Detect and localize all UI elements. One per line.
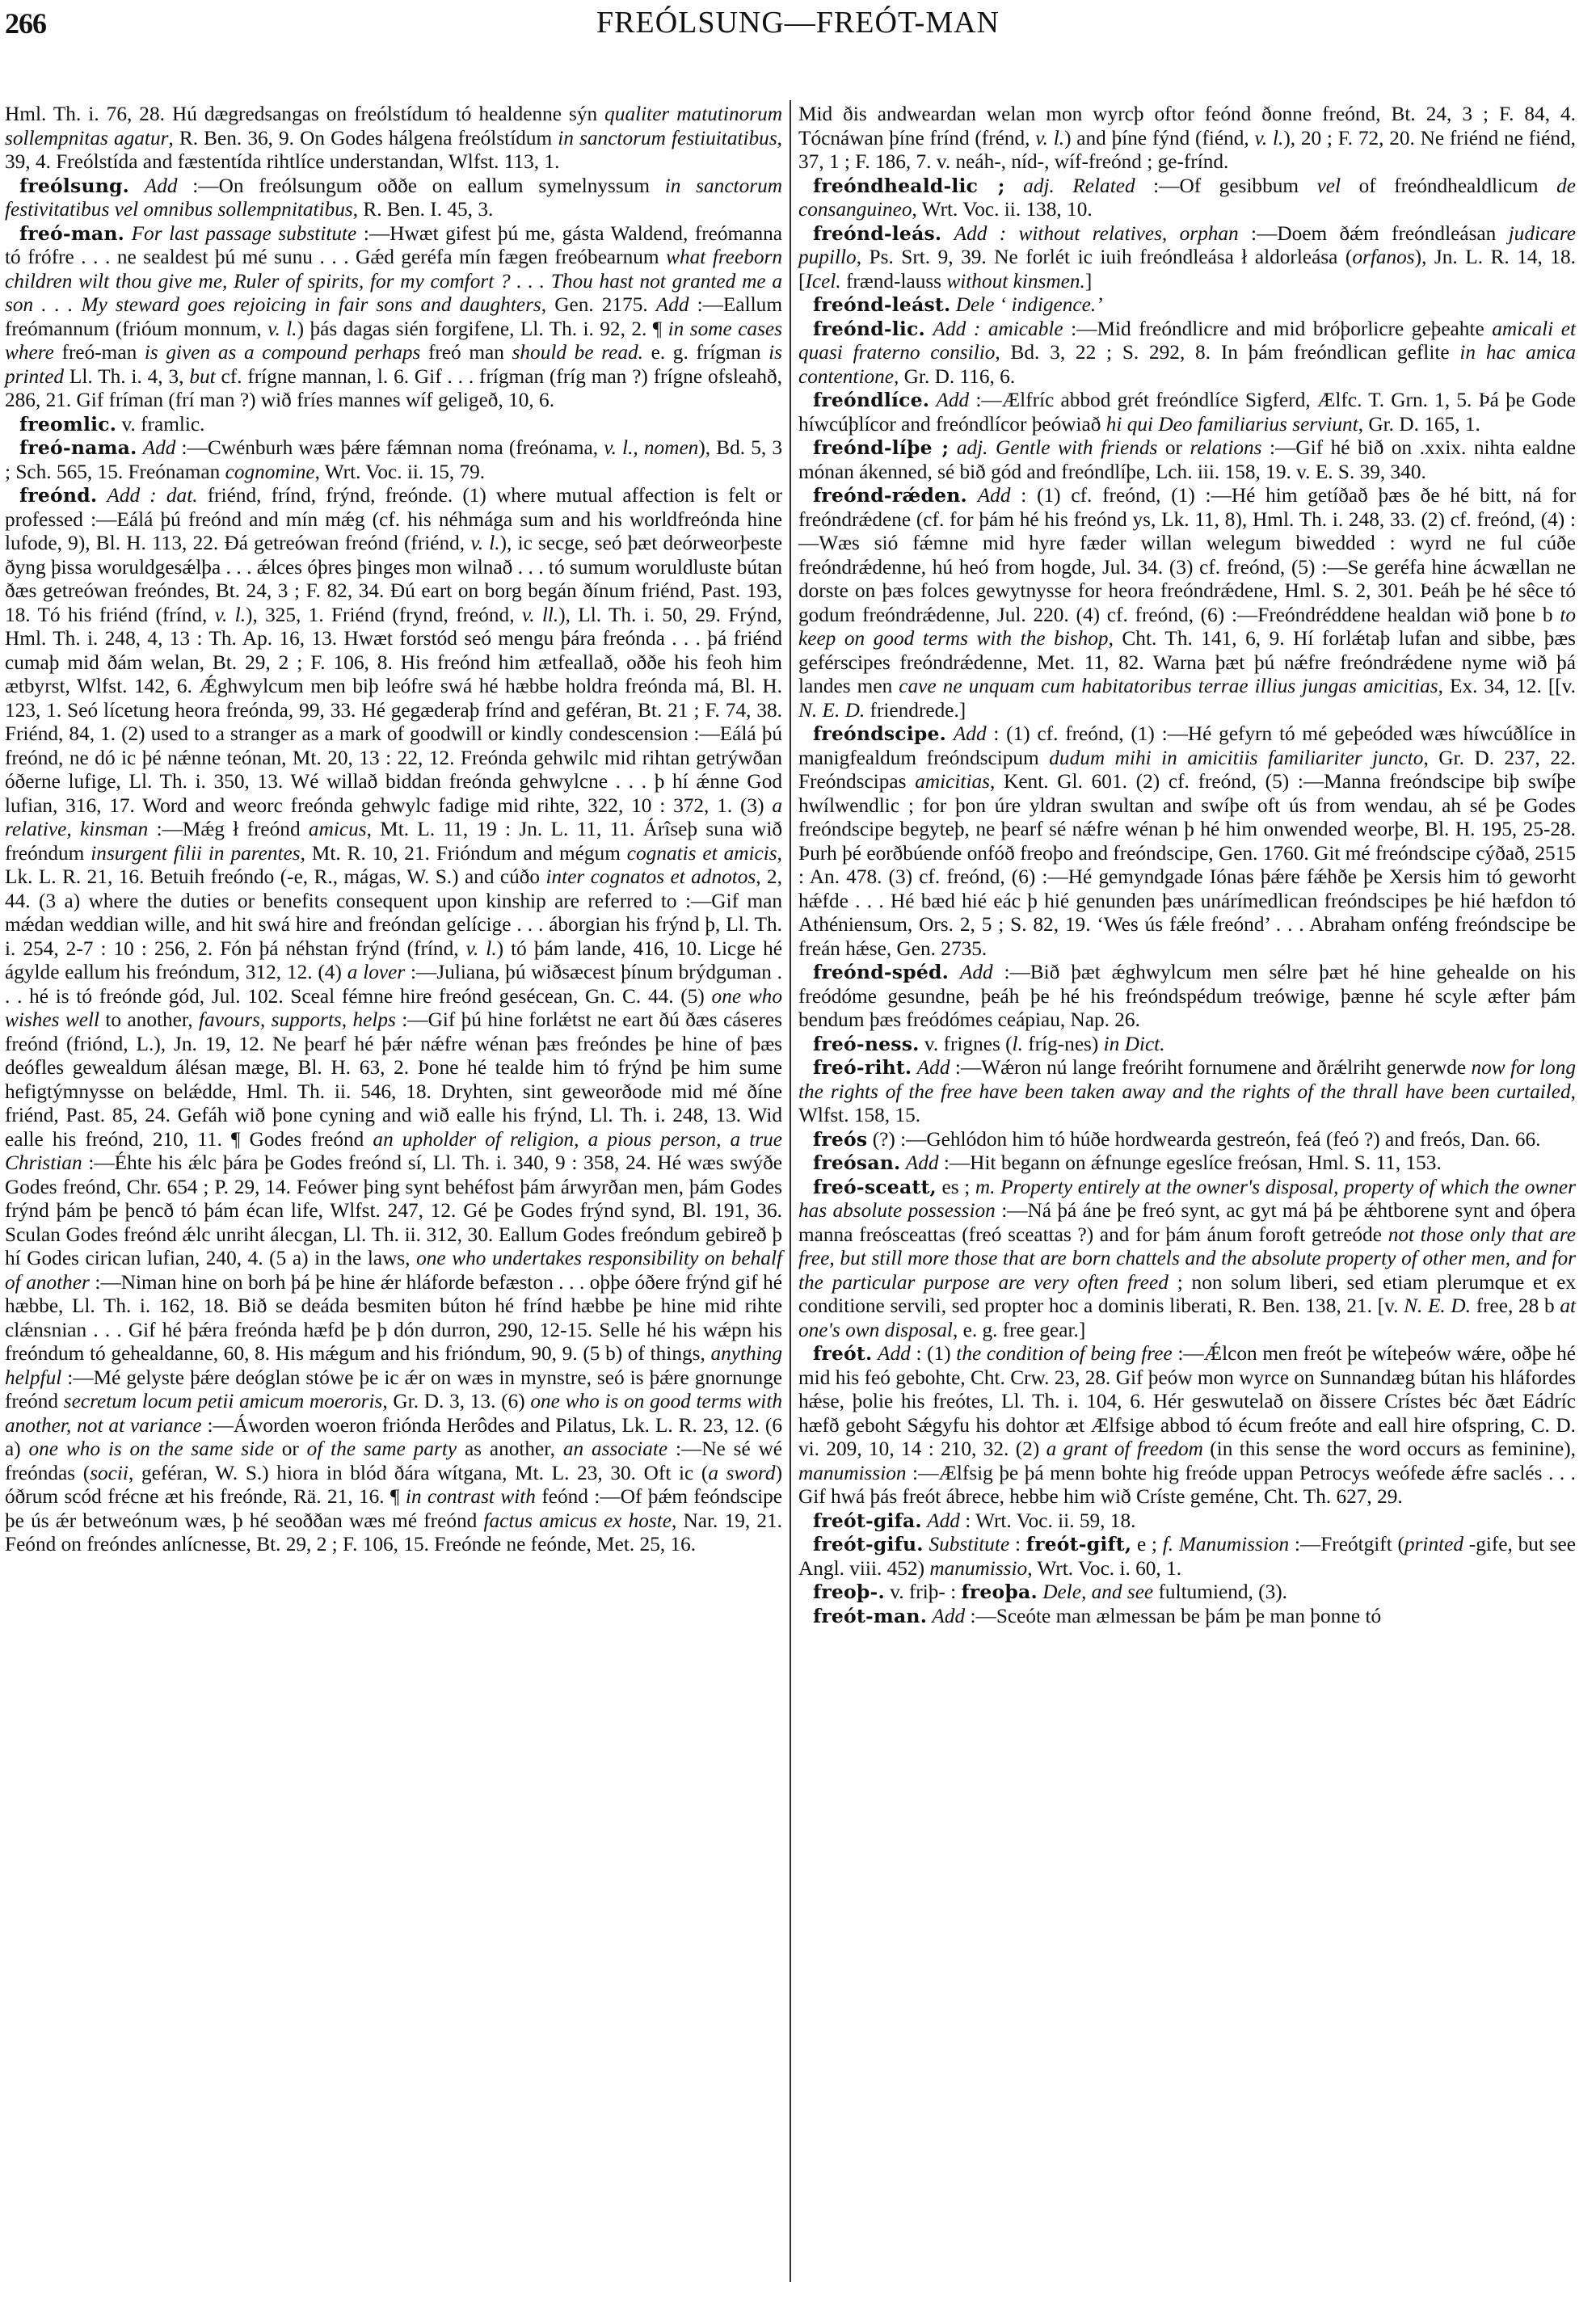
dictionary-entry: freó-sceatt, es ; m. Property entirely a… [798, 1176, 1576, 1343]
dictionary-entry: freó-nama. Add :—Cwénburh wæs þǽre fǽmna… [5, 436, 782, 484]
italic-gloss: without kinsmen. [946, 270, 1084, 293]
italic-gloss: Add [978, 484, 1011, 507]
italic-gloss: v. l. [267, 318, 297, 340]
entry-text: , Gr. D. 116, 6. [894, 365, 1015, 388]
entry-text: , Gr. D. 3, 13. (6) [382, 1390, 530, 1412]
italic-gloss: v. l. [470, 532, 499, 554]
entry-text: :—Sceóte man ælmessan be þám þe man þonn… [965, 1605, 1381, 1627]
italic-gloss: amicus [309, 818, 367, 840]
entry-text: (in this sense the word occurs as femini… [1203, 1438, 1576, 1460]
entry-text: :—Freótgift ( [1289, 1533, 1404, 1555]
entry-text: ) þás dagas sién forgifene, Ll. Th. i. 9… [297, 318, 668, 340]
italic-gloss: cognomine [225, 461, 315, 483]
italic-gloss: Add [143, 436, 176, 459]
dictionary-entry: freónd-líþe ; adj. Gentle with friends o… [798, 436, 1576, 484]
dictionary-entry: freó-riht. Add :—Wǽron nú lange freóriht… [798, 1056, 1576, 1128]
italic-gloss: favours, supports, helps [199, 1008, 396, 1031]
italic-gloss: cognatis et amicis [627, 842, 777, 865]
entry-headword: freoþ-. [813, 1581, 885, 1603]
dictionary-entry: Hml. Th. i. 76, 28. Hú dægredsangas on f… [5, 103, 782, 175]
italic-gloss: inter cognatos et adnotos [546, 865, 756, 888]
entry-text: , Wrt. Voc. i. 60, 1. [1027, 1557, 1181, 1580]
page-header: 266 FREÓLSUNG—FREÓT-MAN [0, 0, 1596, 48]
italic-gloss: Add [927, 1509, 960, 1532]
italic-gloss: N. E. D. [1404, 1294, 1471, 1317]
italic-gloss: relations [1190, 436, 1262, 459]
italic-gloss: Add [960, 961, 993, 983]
dictionary-entry: freóndscipe. Add : (1) cf. freónd, (1) :… [798, 722, 1576, 961]
entry-headword: freónd-spéd. [813, 961, 949, 983]
italic-gloss: in sanctorum festiuitatibus [558, 127, 777, 149]
italic-gloss: v. l. [1255, 127, 1284, 149]
dictionary-entry: Mid ðis andweardan welan mon wyrcþ oftor… [798, 103, 1576, 175]
entry-headword: freót-gifu. [813, 1533, 924, 1555]
dictionary-entry: freóndheald-lic ; adj. Related :—Of gesi… [798, 175, 1576, 222]
italic-gloss: adj. Related [1023, 175, 1135, 197]
entry-text: fríg-nes) [1023, 1033, 1104, 1055]
entry-text: e. g. frígman [643, 341, 769, 364]
italic-gloss: Add : amicable [933, 318, 1063, 340]
dictionary-entry: freóndlíce. Add :—Ælfríc abbod grét freó… [798, 389, 1576, 436]
italic-gloss: in Dict. [1104, 1033, 1165, 1055]
running-head: FREÓLSUNG—FREÓT-MAN [0, 5, 1596, 40]
italic-gloss: cave ne unquam cum habitatoribus terrae … [899, 675, 1438, 697]
italic-gloss: printed [1404, 1533, 1463, 1555]
entry-text: ), Ll. Th. i. 50, 29. Frýnd, Hml. Th. i.… [5, 604, 782, 817]
italic-gloss: For last passage substitute [132, 222, 357, 245]
italic-gloss: dudum mihi in amicitiis familiariter jun… [1049, 747, 1423, 769]
entry-headword: freó-sceatt, [813, 1176, 937, 1198]
dictionary-entry: freónd-leás. Add : without relatives, or… [798, 222, 1576, 294]
italic-gloss: an associate [563, 1438, 667, 1460]
italic-gloss: Substitute [929, 1533, 1009, 1555]
entry-headword: freóndscipe. [813, 722, 946, 745]
italic-gloss: v. l. [466, 937, 497, 960]
entry-text: freoþa. [962, 1581, 1038, 1603]
italic-gloss: the condition of being free [956, 1342, 1172, 1365]
entry-text: :—Doem ðǽm freóndleásan [1239, 222, 1509, 245]
entry-text: , R. Ben. 36, 9. On Godes hálgena freóls… [168, 127, 558, 149]
entry-text: :—Cwénburh wæs þǽre fǽmnan noma (freónam… [175, 436, 604, 459]
entry-headword: freó-ness. [813, 1033, 920, 1055]
entry-text: :—Mid freóndlicre and mid bróþorlicre ge… [1063, 318, 1493, 340]
entry-text: freó man [420, 341, 512, 364]
entry-text: of freóndhealdlicum [1341, 175, 1556, 197]
dictionary-entry: freónd-rǽden. Add : (1) cf. freónd, (1) … [798, 484, 1576, 722]
dictionary-entry: freomlic. v. framlic. [5, 413, 782, 437]
entry-text: , geféran, W. S.) hiora in blód ðára wít… [128, 1462, 708, 1484]
italic-gloss: secretum locum petii amicum moeroris [64, 1390, 383, 1412]
entry-text: , Bd. 3, 22 ; S. 292, 8. In þám freóndli… [995, 341, 1459, 364]
entry-text: :—On freólsungum oððe on eallum symelnys… [178, 175, 665, 197]
entry-text: :—Ælfsig þe þá menn bohte hig freóde upp… [798, 1462, 1576, 1509]
italic-gloss: manumissio [929, 1557, 1027, 1580]
italic-gloss: a lover [347, 961, 405, 983]
entry-text: Hml. Th. i. 76, 28. Hú dægredsangas on f… [5, 103, 604, 125]
entry-text: :—Mǽg ł freónd [148, 818, 309, 840]
dictionary-entry: freós (?) :—Gehlódon him tó húðe hordwea… [798, 1128, 1576, 1152]
entry-text: v. frignes ( [924, 1033, 1013, 1055]
entry-text: freó-man [54, 341, 145, 364]
entry-text: (?) :—Gehlódon him tó húðe hordwearda ge… [873, 1128, 1541, 1151]
entry-text: Ll. Th. i. 4, 3, [64, 365, 189, 388]
entry-text: frænd-lauss [841, 270, 947, 293]
italic-gloss: Add [932, 1605, 965, 1627]
entry-text: :—Of gesibbum [1135, 175, 1317, 197]
italic-gloss: manumission [798, 1462, 907, 1484]
entry-text: ) and þíne fýnd (fiénd, [1064, 127, 1254, 149]
italic-gloss: orfanos [1352, 246, 1414, 268]
italic-gloss: Add [878, 1342, 911, 1365]
dictionary-entry: freónd-lic. Add : amicable :—Mid freóndl… [798, 318, 1576, 389]
italic-gloss: is given as a compound perhaps [145, 341, 420, 364]
entry-text: , Mt. R. 10, 21. Frióndum and mégum [301, 842, 627, 865]
dictionary-entry: freónd-leást. Dele ‘ indigence.’ [798, 293, 1576, 318]
italic-gloss: socii [90, 1462, 128, 1484]
entry-text: or [274, 1438, 307, 1460]
entry-text: , Gr. D. 165, 1. [1358, 413, 1480, 436]
entry-text: free, 28 b [1471, 1294, 1560, 1317]
dictionary-entry: freónd. Add : dat. friénd, frínd, frýnd,… [5, 484, 782, 1557]
entry-text: , Gen. 2175. [541, 293, 656, 316]
entry-headword: freós [813, 1128, 867, 1151]
dictionary-entry: freó-ness. v. frignes (l. fríg-nes) in D… [798, 1033, 1576, 1057]
entry-headword: freónd-leás. [813, 222, 941, 245]
entry-text: : [1009, 1533, 1026, 1555]
italic-gloss: insurgent filii in parentes [91, 842, 300, 865]
italic-gloss: Add [145, 175, 178, 197]
italic-gloss: of the same party [307, 1438, 457, 1460]
entry-text: , Ex. 34, 12. [[v. [1438, 675, 1576, 697]
italic-gloss: a sword [708, 1462, 775, 1484]
italic-gloss: v. l. [215, 604, 246, 626]
entry-text: , e. g. free gear.] [953, 1319, 1085, 1341]
entry-text: v. framlic. [121, 413, 204, 436]
italic-gloss: v. l., nomen [604, 436, 698, 459]
italic-gloss: l. [1013, 1033, 1023, 1055]
entry-text: e ; [1131, 1533, 1163, 1555]
entry-headword: freónd-líþe ; [813, 436, 949, 459]
italic-gloss: Add : without relatives, orphan [954, 222, 1239, 245]
entry-text: , Wrt. Voc. ii. 15, 79. [315, 461, 486, 483]
entry-text: , Wrt. Voc. ii. 138, 10. [912, 198, 1093, 221]
entry-text: : (1) [911, 1342, 957, 1365]
entry-text: , Kent. Gl. 601. (2) cf. freónd, (5) :—M… [798, 770, 1576, 960]
entry-text: ] [1085, 270, 1092, 293]
entry-text: freót-gift, [1026, 1533, 1131, 1555]
entry-text: or [1157, 436, 1190, 459]
entry-headword: freóndlíce. [813, 389, 929, 411]
italic-gloss: factus amicus ex hoste [483, 1509, 672, 1532]
entry-headword: freó-nama. [19, 436, 137, 459]
italic-gloss: but [189, 365, 215, 388]
entry-headword: freónd-lic. [813, 318, 925, 340]
dictionary-entry: freónd-spéd. Add :—Bið þæt ǽghwylcum men… [798, 961, 1576, 1033]
entry-headword: freomlic. [19, 413, 116, 436]
italic-gloss: v. l. [1035, 127, 1064, 149]
italic-gloss: Dele, and see [1042, 1581, 1153, 1603]
entry-headword: freóndheald-lic ; [813, 175, 1005, 197]
entry-text: , R. Ben. I. 45, 3. [353, 198, 494, 221]
dictionary-entry: freólsung. Add :—On freólsungum oððe on … [5, 175, 782, 222]
entry-headword: freólsung. [19, 175, 129, 197]
entry-headword: freónd-leást. [813, 293, 950, 316]
entry-headword: freósan. [813, 1151, 900, 1174]
italic-gloss: f. Manumission [1163, 1533, 1289, 1555]
italic-gloss: one who is on the same side [28, 1438, 273, 1460]
entry-text: fultumiend, (3). [1153, 1581, 1287, 1603]
italic-gloss: v. ll. [522, 604, 558, 626]
dictionary-entry: freót-man. Add :—Sceóte man ælmessan be … [798, 1605, 1576, 1629]
italic-gloss: hi qui Deo familiarius serviunt [1106, 413, 1358, 436]
entry-headword: freónd. [19, 484, 97, 507]
italic-gloss: amicitias [915, 770, 990, 793]
entry-text: , Ps. Srt. 9, 39. Ne forlét ic iuih freó… [857, 246, 1353, 268]
left-column: Hml. Th. i. 76, 28. Hú dægredsangas on f… [5, 103, 782, 1557]
italic-gloss: Add [906, 1151, 939, 1174]
italic-gloss: vel [1317, 175, 1341, 197]
italic-gloss: Add : dat. [107, 484, 197, 507]
italic-gloss: Add [954, 722, 987, 745]
italic-gloss: N. E. D. [798, 699, 865, 722]
entry-headword: freót. [813, 1342, 872, 1365]
dictionary-entry: freót-gifa. Add : Wrt. Voc. ii. 59, 18. [798, 1509, 1576, 1534]
italic-gloss: a grant of freedom [1046, 1438, 1203, 1460]
dictionary-entry: freót-gifu. Substitute : freót-gift, e ;… [798, 1533, 1576, 1581]
entry-headword: freó-man. [19, 222, 124, 245]
italic-gloss: in contrast with [406, 1485, 536, 1508]
italic-gloss: Add [917, 1056, 950, 1079]
italic-gloss: Icel. [805, 270, 840, 293]
entry-headword: freónd-rǽden. [813, 484, 967, 507]
italic-gloss: Add [656, 293, 689, 316]
entry-headword: freó-riht. [813, 1056, 912, 1079]
dictionary-entry: freó-man. For last passage substitute :—… [5, 222, 782, 413]
right-column: Mid ðis andweardan welan mon wyrcþ oftor… [798, 103, 1576, 1628]
entry-text: ), 325, 1. Friénd (frynd, freónd, [246, 604, 522, 626]
italic-gloss: Dele ‘ indigence.’ [956, 293, 1103, 316]
entry-headword: freót-man. [813, 1605, 927, 1627]
italic-gloss: Add [936, 389, 969, 411]
entry-text: :—Niman hine on borh þá þe hine ǽr hláfo… [5, 1271, 782, 1366]
dictionary-entry: freoþ-. v. friþ- : freoþa. Dele, and see… [798, 1581, 1576, 1605]
entry-text: : Wrt. Voc. ii. 59, 18. [960, 1509, 1136, 1532]
entry-text: v. friþ- : [890, 1581, 961, 1603]
italic-gloss: adj. Gentle with friends [957, 436, 1158, 459]
entry-text: to another, [99, 1008, 199, 1031]
dictionary-entry: freósan. Add :—Hit begann on ǽfnunge ege… [798, 1151, 1576, 1176]
dictionary-entry: freót. Add : (1) the condition of being … [798, 1342, 1576, 1509]
italic-gloss: should be read. [512, 341, 643, 364]
entry-text: es ; [942, 1176, 975, 1198]
entry-text: friendrede.] [865, 699, 966, 722]
entry-text: :—Hit begann on ǽfnunge egeslíce freósan… [939, 1151, 1442, 1174]
entry-text: as another, [457, 1438, 563, 1460]
column-divider [790, 100, 791, 2282]
entry-headword: freót-gifa. [813, 1509, 922, 1532]
entry-text: :—Wǽron nú lange freóriht fornumene and … [950, 1056, 1471, 1079]
